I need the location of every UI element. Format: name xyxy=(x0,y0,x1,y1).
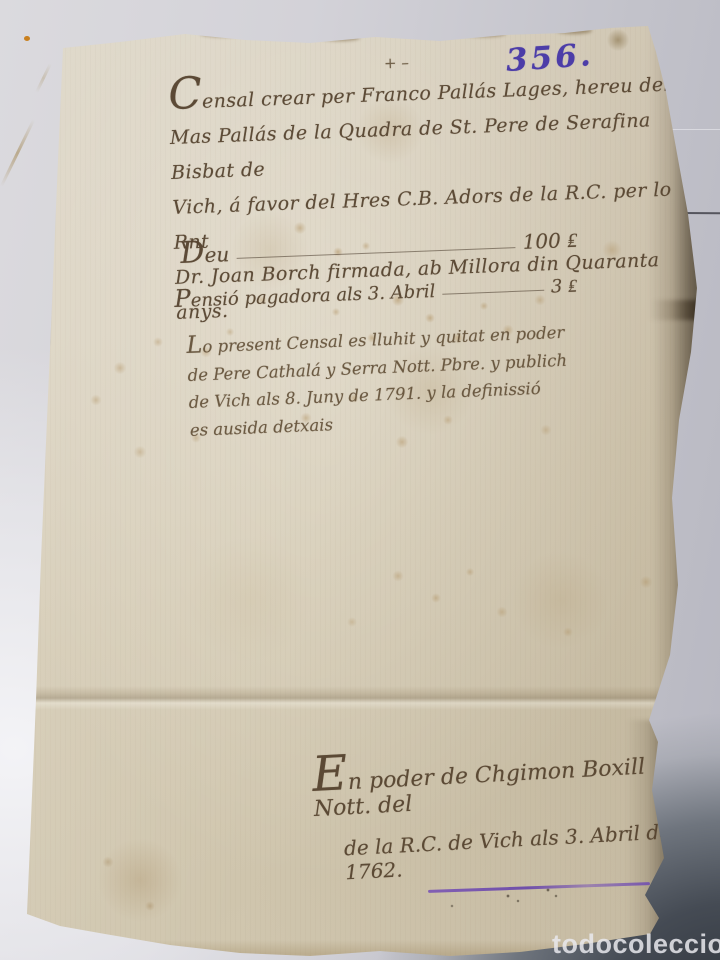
manuscript-page: + – 356. Censal crear per Franco Pallás … xyxy=(0,0,720,960)
redemption-note: Lo present Censal es lluhit y quitat en … xyxy=(186,315,662,444)
watermark: todocoleccion xyxy=(552,929,720,960)
deckle-dirt xyxy=(462,30,506,37)
tan-streak xyxy=(0,119,35,187)
page-mark: + – xyxy=(384,54,409,73)
photo-of-manuscript: + – 356. Censal crear per Franco Pallás … xyxy=(0,0,720,960)
deckle-dirt xyxy=(320,34,360,41)
binding-mark xyxy=(42,256,51,346)
deckle-dirt xyxy=(556,27,592,34)
account-value: 3 ₤ xyxy=(551,276,578,298)
account-label: Deu xyxy=(180,242,230,268)
deckle-dirt xyxy=(200,30,246,37)
tan-streak-small xyxy=(35,63,52,93)
closing-block: En poder de Chgimon Boxill Nott. del de … xyxy=(312,753,687,886)
account-value: 100 ₤ xyxy=(522,228,577,255)
orange-speck xyxy=(24,36,30,41)
lead-line xyxy=(442,290,544,295)
